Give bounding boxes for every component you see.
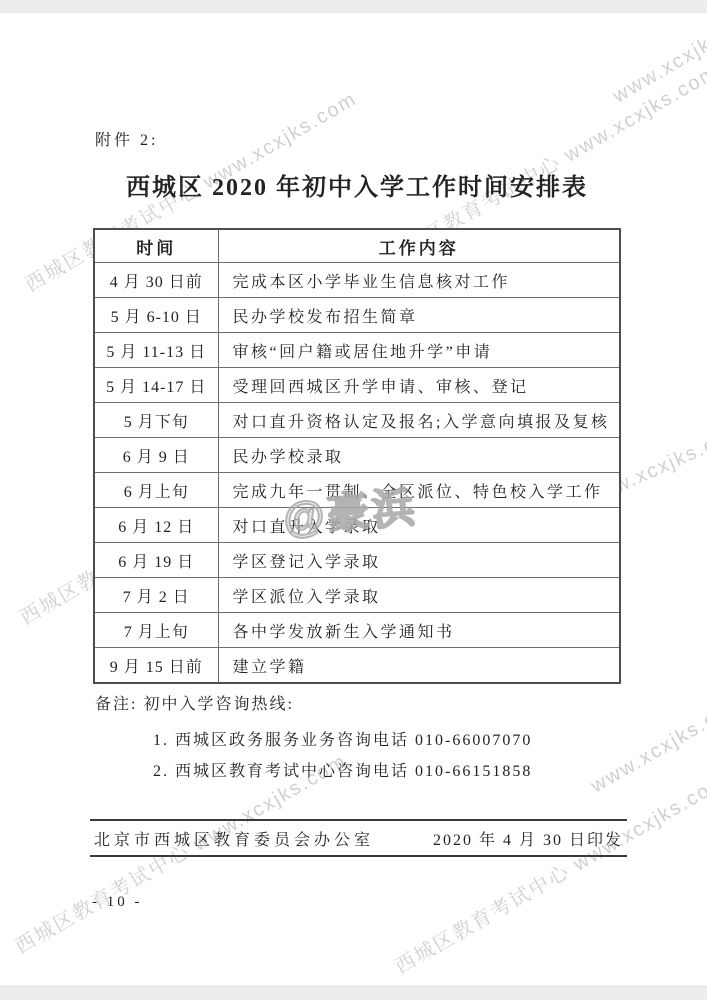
time-cell: 6 月 9 日	[94, 438, 218, 473]
task-cell: 完成九年一贯制、全区派位、特色校入学工作	[218, 473, 620, 508]
task-cell: 学区派位入学录取	[218, 578, 620, 613]
table-header-row: 时间 工作内容	[94, 229, 620, 263]
scan-edge-bottom	[0, 985, 707, 1000]
table-row: 6 月 19 日 学区登记入学录取	[94, 543, 620, 578]
table-row: 9 月 15 日前 建立学籍	[94, 648, 620, 684]
time-cell: 6 月 19 日	[94, 543, 218, 578]
task-cell: 对口直升资格认定及报名;入学意向填报及复核	[218, 403, 620, 438]
table-row: 5 月 6-10 日 民办学校发布招生简章	[94, 298, 620, 333]
time-cell: 6 月 12 日	[94, 508, 218, 543]
notes-label: 备注: 初中入学咨询热线:	[95, 691, 294, 714]
task-cell: 完成本区小学毕业生信息核对工作	[218, 263, 620, 298]
time-cell: 4 月 30 日前	[94, 263, 218, 298]
time-cell: 7 月 2 日	[94, 578, 218, 613]
task-cell: 建立学籍	[218, 648, 620, 684]
document-footer: 北京市西城区教育委员会办公室 2020 年 4 月 30 日印发	[90, 819, 627, 857]
task-cell: 学区登记入学录取	[218, 543, 620, 578]
table-header-time: 时间	[94, 229, 218, 263]
table-row: 7 月上旬 各中学发放新生入学通知书	[94, 613, 620, 648]
table-row: 5 月 11-13 日 审核“回户籍或居住地升学”申请	[94, 333, 620, 368]
task-cell: 审核“回户籍或居住地升学”申请	[218, 333, 620, 368]
table-row: 4 月 30 日前 完成本区小学毕业生信息核对工作	[94, 263, 620, 298]
table-header-task: 工作内容	[218, 229, 620, 263]
task-cell: 各中学发放新生入学通知书	[218, 613, 620, 648]
note-item-1: 1. 西城区政务服务业务咨询电话 010-66007070	[153, 727, 532, 750]
time-cell: 7 月上旬	[94, 613, 218, 648]
scanned-document-page: 西城区教育考试中心 www.xcxjks.com 西城区教育考试中心 www.x…	[0, 0, 707, 1000]
table-row: 7 月 2 日 学区派位入学录取	[94, 578, 620, 613]
task-cell: 民办学校发布招生简章	[218, 298, 620, 333]
time-cell: 5 月 11-13 日	[94, 333, 218, 368]
table-row: 5 月 14-17 日 受理回西城区升学申请、审核、登记	[94, 368, 620, 403]
time-cell: 5 月下旬	[94, 403, 218, 438]
task-cell: 受理回西城区升学申请、审核、登记	[218, 368, 620, 403]
table-row: 6 月 9 日 民办学校录取	[94, 438, 620, 473]
note-item-2: 2. 西城区教育考试中心咨询电话 010-66151858	[153, 758, 532, 781]
attachment-label: 附件 2:	[95, 127, 158, 150]
page-number: - 10 -	[92, 894, 143, 911]
issue-date: 2020 年 4 月 30 日印发	[433, 827, 623, 850]
table-row: 5 月下旬 对口直升资格认定及报名;入学意向填报及复核	[94, 403, 620, 438]
time-cell: 6 月上旬	[94, 473, 218, 508]
task-cell: 民办学校录取	[218, 438, 620, 473]
time-cell: 5 月 6-10 日	[94, 298, 218, 333]
scan-edge-top	[0, 0, 707, 13]
schedule-table: 时间 工作内容 4 月 30 日前 完成本区小学毕业生信息核对工作 5 月 6-…	[93, 228, 621, 684]
page-title: 西城区 2020 年初中入学工作时间安排表	[93, 167, 621, 202]
weibo-badge-watermark: @豪浜	[281, 474, 420, 545]
time-cell: 9 月 15 日前	[94, 648, 218, 684]
issuer-name: 北京市西城区教育委员会办公室	[94, 827, 374, 850]
task-cell: 对口直升入学录取	[218, 508, 620, 543]
time-cell: 5 月 14-17 日	[94, 368, 218, 403]
